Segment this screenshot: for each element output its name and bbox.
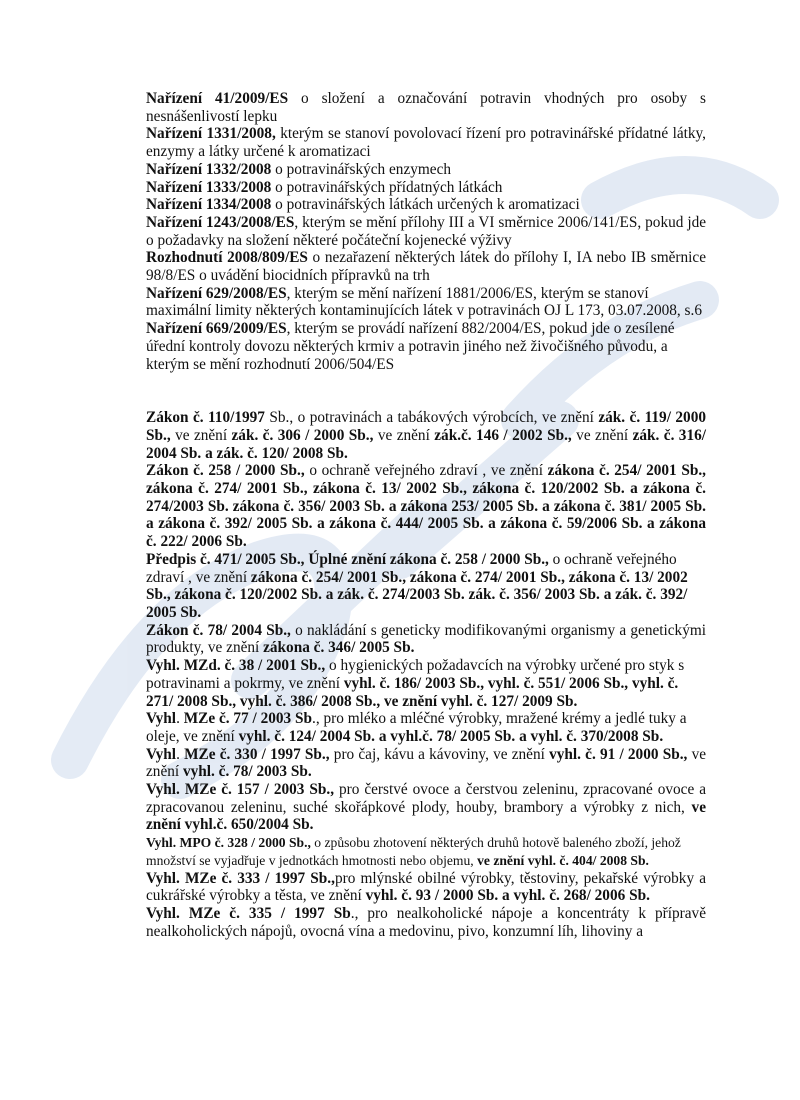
citation-bold: vyhl. č. 93 / 2000 Sb. a vyhl. č. 268/ 2…	[366, 887, 650, 904]
citation-bold: Zákon č. 78/ 2004 Sb.,	[146, 622, 291, 639]
eu-regulation-entry: Nařízení 41/2009/ES o složení a označová…	[146, 90, 706, 125]
citation-bold: MZe č. 330 / 1997 Sb.,	[184, 746, 330, 763]
citation-bold: Nařízení 1333/2008	[146, 179, 271, 196]
citation-bold: Rozhodnutí 2008/809/ES	[146, 249, 308, 266]
citation-bold: Nařízení 1243/2008/ES	[146, 214, 294, 231]
section-gap	[146, 373, 706, 409]
eu-regulation-entry: Nařízení 1332/2008 o potravinářských enz…	[146, 161, 706, 179]
citation-text: o ochraně veřejného zdraví , ve znění	[305, 462, 548, 479]
eu-regulation-entry: Nařízení 1334/2008 o potravinářských lát…	[146, 196, 706, 214]
citation-text: .	[176, 710, 184, 727]
citation-bold: Vyhl. MZe č. 333 / 1997 Sb.,	[146, 870, 335, 887]
czech-laws-list: Zákon č. 110/1997 Sb., o potravinách a t…	[146, 409, 706, 940]
citation-bold: zák. č. 306 / 2000 Sb.,	[232, 427, 374, 444]
citation-bold: Vyhl	[146, 746, 176, 763]
czech-law-entry: Zákon č. 258 / 2000 Sb., o ochraně veřej…	[146, 462, 706, 551]
citation-bold: vyhl. č. 91 / 2000 Sb.,	[549, 746, 687, 763]
document-page: Nařízení 41/2009/ES o složení a označová…	[146, 90, 706, 940]
citation-bold: Nařízení 1334/2008	[146, 196, 271, 213]
citation-bold: Nařízení 1332/2008	[146, 161, 271, 178]
czech-law-entry: Předpis č. 471/ 2005 Sb., Úplné znění zá…	[146, 551, 706, 622]
citation-bold: zákona č. 346/ 2005 Sb.	[263, 639, 414, 656]
citation-bold: Vyhl. MZe č. 335 / 1997 Sb	[146, 905, 351, 922]
citation-bold: Nařízení 41/2009/ES	[146, 90, 288, 107]
citation-text: o potravinářských enzymech	[271, 161, 451, 178]
citation-bold: zák.č. 146 / 2002 Sb.,	[434, 427, 572, 444]
citation-bold: Vyhl. MZe č. 157 / 2003 Sb.,	[146, 781, 334, 798]
czech-law-entry: Vyhl. MZe č. 335 / 1997 Sb., pro nealkoh…	[146, 905, 706, 940]
citation-text: .	[176, 746, 184, 763]
citation-bold: Zákon č. 110/1997	[146, 409, 265, 426]
citation-text: o potravinářských přídatných látkách	[271, 179, 502, 196]
citation-bold: Vyhl	[146, 710, 176, 727]
citation-bold: vyhl. č. 78/ 2003 Sb.	[183, 763, 312, 780]
citation-text: Sb., o potravinách a tabákových výrobcíc…	[265, 409, 598, 426]
citation-bold: Vyhl. MPO č. 328 / 2000 Sb.,	[146, 835, 311, 850]
eu-regulation-entry: Rozhodnutí 2008/809/ES o nezařazení někt…	[146, 249, 706, 284]
eu-regulation-entry: Nařízení 1333/2008 o potravinářských pří…	[146, 179, 706, 197]
czech-law-entry: Zákon č. 110/1997 Sb., o potravinách a t…	[146, 409, 706, 462]
eu-regulation-entry: Nařízení 1243/2008/ES, kterým se mění př…	[146, 214, 706, 249]
czech-law-entry: Vyhl. MZe č. 333 / 1997 Sb.,pro mlýnské …	[146, 870, 706, 905]
citation-bold: ve znění vyhl. č. 404/ 2008 Sb.	[477, 853, 649, 868]
czech-law-entry: Vyhl. MZd. č. 38 / 2001 Sb., o hygienick…	[146, 657, 706, 710]
citation-text: ve znění	[171, 427, 232, 444]
citation-text: pro čaj, kávu a kávoviny, ve znění	[330, 746, 549, 763]
citation-bold: Nařízení 669/2009/ES	[146, 320, 287, 337]
citation-text: o potravinářských látkách určených k aro…	[271, 196, 579, 213]
citation-text: ve znění	[373, 427, 434, 444]
citation-bold: vyhl. č. 124/ 2004 Sb. a vyhl.č. 78/ 200…	[239, 728, 664, 745]
citation-bold: Předpis č. 471/ 2005 Sb., Úplné znění zá…	[146, 551, 549, 568]
czech-law-entry: Vyhl. MZe č. 330 / 1997 Sb., pro čaj, ká…	[146, 746, 706, 781]
czech-law-entry: Zákon č. 78/ 2004 Sb., o nakládání s gen…	[146, 622, 706, 657]
citation-text: ve znění	[572, 427, 633, 444]
citation-bold: MZe č. 77 / 2003 Sb	[184, 710, 312, 727]
citation-bold: Nařízení 629/2008/ES	[146, 285, 287, 302]
citation-bold: Nařízení 1331/2008,	[146, 125, 276, 142]
czech-law-entry: Vyhl. MZe č. 157 / 2003 Sb., pro čerstvé…	[146, 781, 706, 834]
eu-regulation-entry: Nařízení 629/2008/ES, kterým se mění nař…	[146, 285, 706, 320]
citation-bold: Vyhl. MZd. č. 38 / 2001 Sb.,	[146, 657, 325, 674]
eu-regulation-entry: Nařízení 1331/2008, kterým se stanoví po…	[146, 125, 706, 160]
eu-regulation-entry: Nařízení 669/2009/ES, kterým se provádí …	[146, 320, 706, 373]
czech-law-entry: Vyhl. MZe č. 77 / 2003 Sb., pro mléko a …	[146, 710, 706, 745]
eu-regulations-list: Nařízení 41/2009/ES o složení a označová…	[146, 90, 706, 373]
citation-bold: Zákon č. 258 / 2000 Sb.,	[146, 462, 305, 479]
czech-law-entry: Vyhl. MPO č. 328 / 2000 Sb., o způsobu z…	[146, 834, 706, 869]
